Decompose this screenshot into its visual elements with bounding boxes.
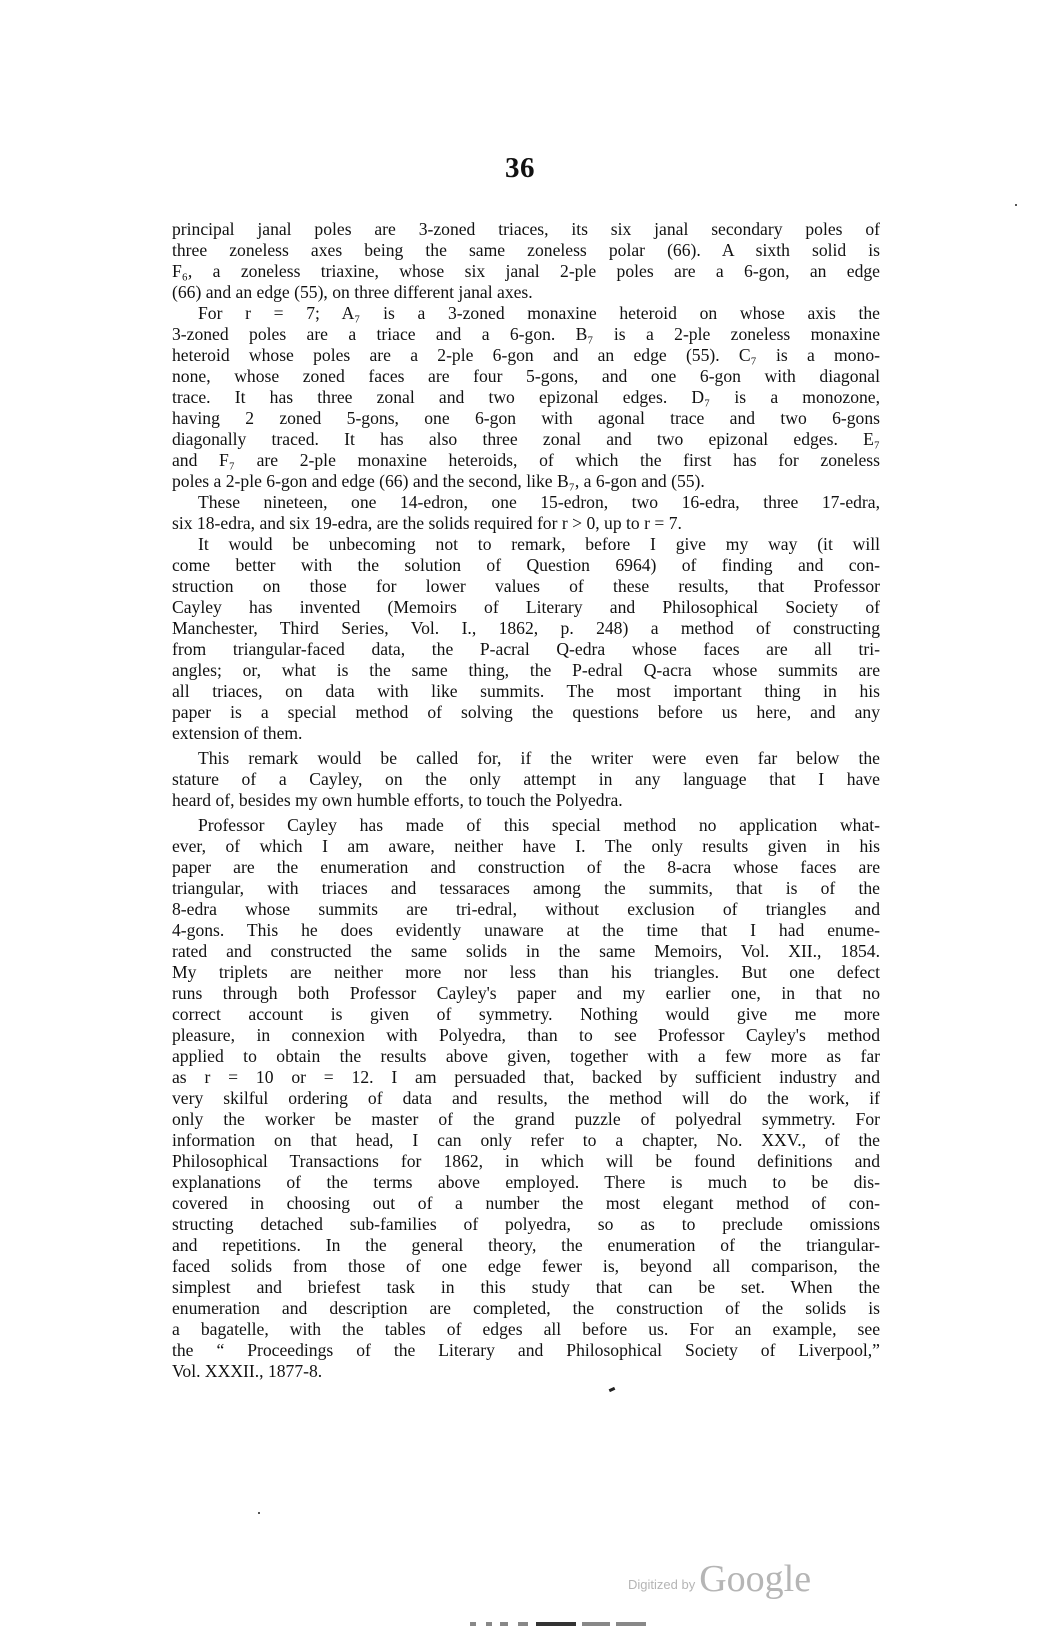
text-line-content: It would be unbecoming not to remark, be… (198, 534, 880, 555)
text-line: trace. It has three zonal and two epizon… (172, 387, 880, 408)
text-line-content: (66) and an edge (55), on three differen… (172, 282, 880, 303)
text-line-content: the “ Proceedings of the Literary and Ph… (172, 1340, 880, 1361)
text-line: correct account is given of symmetry. No… (172, 1004, 880, 1025)
text-line-content: trace. It has three zonal and two epizon… (172, 387, 880, 408)
text-line-content: Philosophical Transactions for 1862, in … (172, 1151, 880, 1172)
text-line-content: For r = 7; A₇ is a 3-zoned monaxine hete… (198, 303, 880, 324)
text-line: from triangular-faced data, the P-acral … (172, 639, 880, 660)
text-line-content: diagonally traced. It has also three zon… (172, 429, 880, 450)
text-line-content: Professor Cayley has made of this specia… (198, 815, 880, 836)
text-line: a bagatelle, with the tables of edges al… (172, 1319, 880, 1340)
text-line: Philosophical Transactions for 1862, in … (172, 1151, 880, 1172)
text-line: principal janal poles are 3-zoned triace… (172, 219, 880, 240)
text-line: Cayley has invented (Memoirs of Literary… (172, 597, 880, 618)
text-line-content: rated and constructed the same solids in… (172, 941, 880, 962)
text-line-content: very skilful ordering of data and result… (172, 1088, 880, 1109)
text-line-content: extension of them. (172, 723, 880, 744)
text-line-content: This remark would be called for, if the … (198, 748, 880, 769)
text-line: very skilful ordering of data and result… (172, 1088, 880, 1109)
text-line: 8-edra whose summits are tri-edral, with… (172, 899, 880, 920)
text-line-content: covered in choosing out of a number the … (172, 1193, 880, 1214)
text-line-content: Manchester, Third Series, Vol. I., 1862,… (172, 618, 880, 639)
text-line-content: 4-gons. This he does evidently unaware a… (172, 920, 880, 941)
text-line: enumeration and description are complete… (172, 1298, 880, 1319)
text-line: diagonally traced. It has also three zon… (172, 429, 880, 450)
text-line: the “ Proceedings of the Literary and Ph… (172, 1340, 880, 1361)
text-line: explanations of the terms above employed… (172, 1172, 880, 1193)
text-line-content: come better with the solution of Questio… (172, 555, 880, 576)
text-line: and repetitions. In the general theory, … (172, 1235, 880, 1256)
text-line: three zoneless axes being the same zonel… (172, 240, 880, 261)
text-line-content: having 2 zoned 5-gons, one 6-gon with ag… (172, 408, 880, 429)
text-line: rated and constructed the same solids in… (172, 941, 880, 962)
text-line-content: principal janal poles are 3-zoned triace… (172, 219, 880, 240)
text-line-content: explanations of the terms above employed… (172, 1172, 880, 1193)
text-line-content: paper are the enumeration and constructi… (172, 857, 880, 878)
text-line-content: from triangular-faced data, the P-acral … (172, 639, 880, 660)
text-line-content: runs through both Professor Cayley's pap… (172, 983, 880, 1004)
text-line: information on that head, I can only ref… (172, 1130, 880, 1151)
text-line-content: paper is a special method of solving the… (172, 702, 880, 723)
text-line-content: information on that head, I can only ref… (172, 1130, 880, 1151)
text-line: heteroid whose poles are a 2-ple 6-gon a… (172, 345, 880, 366)
text-line-content: Vol. XXXII., 1877-8. (172, 1361, 880, 1382)
text-line: Manchester, Third Series, Vol. I., 1862,… (172, 618, 880, 639)
text-line: six 18-edra, and six 19-edra, are the so… (172, 513, 880, 534)
text-line-content: angles; or, what is the same thing, the … (172, 660, 880, 681)
text-line: These nineteen, one 14-edron, one 15-edr… (172, 492, 880, 513)
text-line: come better with the solution of Questio… (172, 555, 880, 576)
paragraph: principal janal poles are 3-zoned triace… (172, 219, 880, 303)
text-line: Professor Cayley has made of this specia… (172, 815, 880, 836)
text-line: covered in choosing out of a number the … (172, 1193, 880, 1214)
text-line-content: F₆, a zoneless triaxine, whose six janal… (172, 261, 880, 282)
text-line-content: and F₇ are 2-ple monaxine heteroids, of … (172, 450, 880, 471)
text-line-content: as r = 10 or = 12. I am persuaded that, … (172, 1067, 880, 1088)
text-line: extension of them. (172, 723, 880, 744)
text-line: This remark would be called for, if the … (172, 748, 880, 769)
bottom-bleed-through (470, 1620, 650, 1628)
text-line: My triplets are neither more nor less th… (172, 962, 880, 983)
digitized-by-google-watermark: Digitized by Google (628, 1557, 811, 1601)
paragraph: It would be unbecoming not to remark, be… (172, 534, 880, 744)
text-line: and F₇ are 2-ple monaxine heteroids, of … (172, 450, 880, 471)
text-line-content: pleasure, in connexion with Polyedra, th… (172, 1025, 880, 1046)
page-number: 36 (0, 152, 1040, 185)
text-line-content: heard of, besides my own humble efforts,… (172, 790, 880, 811)
text-line-content: a bagatelle, with the tables of edges al… (172, 1319, 880, 1340)
paragraph: This remark would be called for, if the … (172, 748, 880, 811)
text-line: only the worker be master of the grand p… (172, 1109, 880, 1130)
text-line-content: six 18-edra, and six 19-edra, are the so… (172, 513, 880, 534)
text-line-content: My triplets are neither more nor less th… (172, 962, 880, 983)
text-line-content: enumeration and description are complete… (172, 1298, 880, 1319)
text-line: 3-zoned poles are a triace and a 6-gon. … (172, 324, 880, 345)
text-line-content: only the worker be master of the grand p… (172, 1109, 880, 1130)
text-line-content: correct account is given of symmetry. No… (172, 1004, 880, 1025)
paragraph: For r = 7; A₇ is a 3-zoned monaxine hete… (172, 303, 880, 492)
text-line: faced solids from those of one edge fewe… (172, 1256, 880, 1277)
text-line-content: 8-edra whose summits are tri-edral, with… (172, 899, 880, 920)
text-line-content: triangular, with triaces and tessaraces … (172, 878, 880, 899)
text-line: as r = 10 or = 12. I am persuaded that, … (172, 1067, 880, 1088)
text-line-content: ever, of which I am aware, neither have … (172, 836, 880, 857)
text-line: applied to obtain the results above give… (172, 1046, 880, 1067)
text-line: none, whose zoned faces are four 5-gons,… (172, 366, 880, 387)
watermark-prefix: Digitized by (628, 1577, 695, 1592)
text-line: simplest and briefest task in this study… (172, 1277, 880, 1298)
stray-ink-mark (609, 1387, 616, 1392)
text-line-content: three zoneless axes being the same zonel… (172, 240, 880, 261)
text-line-content: struction on those for lower values of t… (172, 576, 880, 597)
text-line-content: and repetitions. In the general theory, … (172, 1235, 880, 1256)
text-line: runs through both Professor Cayley's pap… (172, 983, 880, 1004)
text-line: For r = 7; A₇ is a 3-zoned monaxine hete… (172, 303, 880, 324)
paragraph: These nineteen, one 14-edron, one 15-edr… (172, 492, 880, 534)
text-line-content: none, whose zoned faces are four 5-gons,… (172, 366, 880, 387)
text-line: poles a 2-ple 6-gon and edge (66) and th… (172, 471, 880, 492)
text-line-content: poles a 2-ple 6-gon and edge (66) and th… (172, 471, 880, 492)
text-line: 4-gons. This he does evidently unaware a… (172, 920, 880, 941)
text-line: heard of, besides my own humble efforts,… (172, 790, 880, 811)
text-line: paper is a special method of solving the… (172, 702, 880, 723)
text-line: struction on those for lower values of t… (172, 576, 880, 597)
text-line: triangular, with triaces and tessaraces … (172, 878, 880, 899)
text-line: It would be unbecoming not to remark, be… (172, 534, 880, 555)
text-line: angles; or, what is the same thing, the … (172, 660, 880, 681)
text-line-content: Cayley has invented (Memoirs of Literary… (172, 597, 880, 618)
text-line: ever, of which I am aware, neither have … (172, 836, 880, 857)
text-line: structing detached sub-families of polye… (172, 1214, 880, 1235)
body-text: principal janal poles are 3-zoned triace… (172, 219, 880, 1382)
text-line-content: all triaces, on data with like summits. … (172, 681, 880, 702)
text-line: all triaces, on data with like summits. … (172, 681, 880, 702)
text-line-content: faced solids from those of one edge fewe… (172, 1256, 880, 1277)
text-line: stature of a Cayley, on the only attempt… (172, 769, 880, 790)
text-line-content: simplest and briefest task in this study… (172, 1277, 880, 1298)
paragraph: Professor Cayley has made of this specia… (172, 815, 880, 1382)
watermark-brand: Google (699, 1558, 811, 1600)
text-line: (66) and an edge (55), on three differen… (172, 282, 880, 303)
text-line-content: 3-zoned poles are a triace and a 6-gon. … (172, 324, 880, 345)
text-line: Vol. XXXII., 1877-8. (172, 1361, 880, 1382)
text-line-content: structing detached sub-families of polye… (172, 1214, 880, 1235)
stray-dot (1015, 204, 1017, 206)
stray-dot (258, 1512, 260, 1514)
text-line: F₆, a zoneless triaxine, whose six janal… (172, 261, 880, 282)
text-line-content: stature of a Cayley, on the only attempt… (172, 769, 880, 790)
text-line: having 2 zoned 5-gons, one 6-gon with ag… (172, 408, 880, 429)
text-line-content: heteroid whose poles are a 2-ple 6-gon a… (172, 345, 880, 366)
text-line: paper are the enumeration and constructi… (172, 857, 880, 878)
text-line: pleasure, in connexion with Polyedra, th… (172, 1025, 880, 1046)
text-line-content: applied to obtain the results above give… (172, 1046, 880, 1067)
text-line-content: These nineteen, one 14-edron, one 15-edr… (198, 492, 880, 513)
